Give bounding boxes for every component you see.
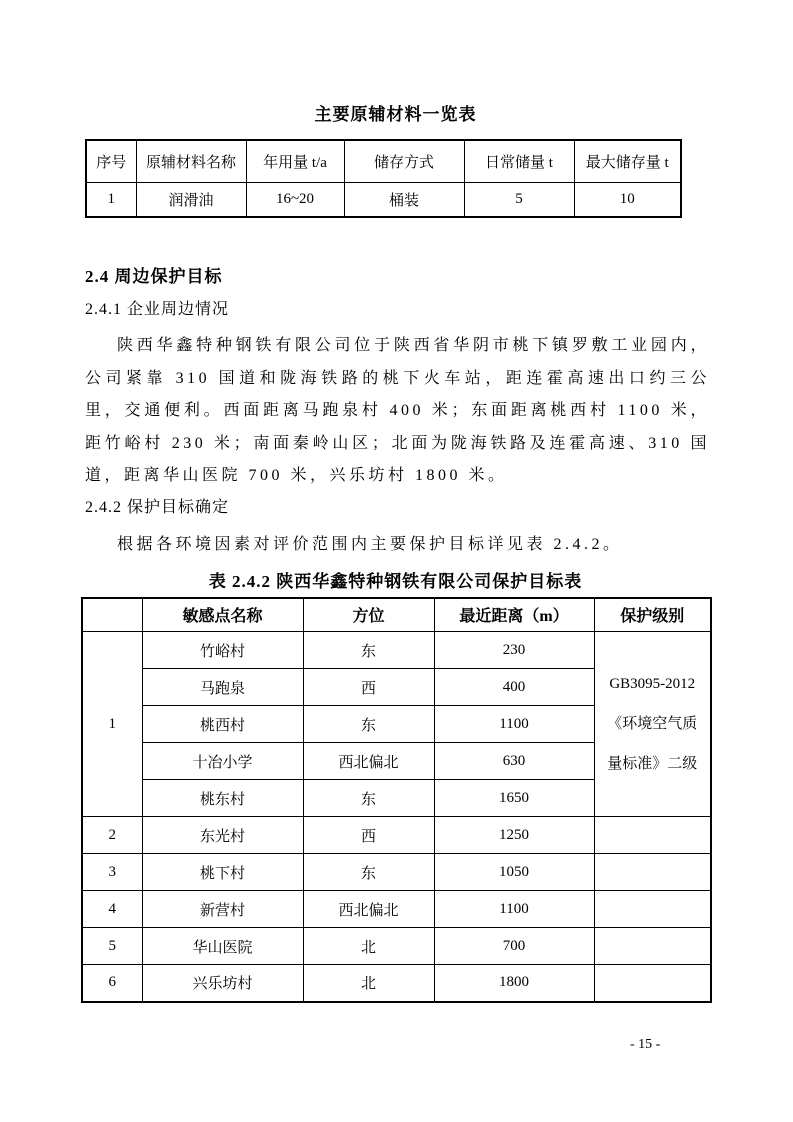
protection-cell-level (594, 965, 711, 1002)
materials-header-annual-usage: 年用量 t/a (246, 140, 344, 182)
materials-cell-name: 润滑油 (136, 182, 246, 217)
protection-header-distance: 最近距离（m） (434, 598, 594, 632)
protection-cell-distance: 1050 (434, 854, 594, 891)
protection-cell-name: 桃东村 (142, 780, 303, 817)
protection-cell-distance: 630 (434, 743, 594, 780)
protection-cell-name: 马跑泉 (142, 669, 303, 706)
document-content: 主要原辅材料一览表 序号 原辅材料名称 年用量 t/a 储存方式 日常储量 t … (81, 0, 710, 1003)
materials-table: 序号 原辅材料名称 年用量 t/a 储存方式 日常储量 t 最大储存量 t 1 … (85, 139, 682, 218)
protection-header-direction: 方位 (303, 598, 434, 632)
page-number: - 15 - (630, 1036, 660, 1054)
protection-cell-index: 6 (82, 965, 142, 1002)
protection-table-row: 6 兴乐坊村 北 1800 (82, 965, 711, 1002)
protection-cell-distance: 1650 (434, 780, 594, 817)
protection-cell-level (594, 817, 711, 854)
protection-cell-distance: 1800 (434, 965, 594, 1002)
protection-table-row: 4 新营村 西北偏北 1100 (82, 891, 711, 928)
protection-cell-direction: 西 (303, 817, 434, 854)
protection-cell-index: 3 (82, 854, 142, 891)
materials-header-daily-storage: 日常储量 t (464, 140, 574, 182)
document-page: 主要原辅材料一览表 序号 原辅材料名称 年用量 t/a 储存方式 日常储量 t … (0, 0, 793, 1122)
protection-table-header-row: 敏感点名称 方位 最近距离（m） 保护级别 (82, 598, 711, 632)
protection-cell-name: 桃西村 (142, 706, 303, 743)
protection-cell-distance: 1100 (434, 706, 594, 743)
protection-cell-direction: 西北偏北 (303, 743, 434, 780)
section-2-4-heading: 2.4 周边保护目标 (85, 266, 710, 288)
protection-cell-name: 华山医院 (142, 928, 303, 965)
materials-cell-annual-usage: 16~20 (246, 182, 344, 217)
protection-table-row: 2 东光村 西 1250 (82, 817, 711, 854)
protection-cell-distance: 230 (434, 632, 594, 669)
protection-cell-direction: 北 (303, 928, 434, 965)
protection-cell-index: 2 (82, 817, 142, 854)
materials-table-header-row: 序号 原辅材料名称 年用量 t/a 储存方式 日常储量 t 最大储存量 t (86, 140, 681, 182)
protection-cell-name: 东光村 (142, 817, 303, 854)
protection-cell-distance: 400 (434, 669, 594, 706)
protection-table-row: 5 华山医院 北 700 (82, 928, 711, 965)
protection-table: 敏感点名称 方位 最近距离（m） 保护级别 1 竹峪村 东 230 GB3095… (81, 597, 712, 1003)
protection-header-level: 保护级别 (594, 598, 711, 632)
protection-cell-distance: 1250 (434, 817, 594, 854)
materials-table-row: 1 润滑油 16~20 桶装 5 10 (86, 182, 681, 217)
materials-cell-storage-method: 桶装 (344, 182, 464, 217)
protection-cell-name: 十冶小学 (142, 743, 303, 780)
protection-cell-level (594, 891, 711, 928)
materials-header-storage-method: 储存方式 (344, 140, 464, 182)
protection-cell-direction: 西北偏北 (303, 891, 434, 928)
protection-cell-direction: 东 (303, 632, 434, 669)
protection-cell-distance: 1100 (434, 891, 594, 928)
materials-header-index: 序号 (86, 140, 136, 182)
protection-cell-name: 桃下村 (142, 854, 303, 891)
protection-header-sensitive-point: 敏感点名称 (142, 598, 303, 632)
protection-cell-level (594, 928, 711, 965)
protection-cell-group-index: 1 (82, 632, 142, 817)
section-2-4-1-heading: 2.4.1 企业周边情况 (85, 299, 710, 321)
materials-table-title: 主要原辅材料一览表 (81, 104, 710, 126)
materials-cell-index: 1 (86, 182, 136, 217)
protection-cell-level (594, 854, 711, 891)
protection-cell-index: 4 (82, 891, 142, 928)
protection-cell-index: 5 (82, 928, 142, 965)
materials-cell-daily-storage: 5 (464, 182, 574, 217)
protection-cell-direction: 西 (303, 669, 434, 706)
protection-table-row: 3 桃下村 东 1050 (82, 854, 711, 891)
protection-header-index (82, 598, 142, 632)
protection-table-row: 1 竹峪村 东 230 GB3095-2012《环境空气质量标准》二级 (82, 632, 711, 669)
materials-header-name: 原辅材料名称 (136, 140, 246, 182)
section-2-4-2-heading: 2.4.2 保护目标确定 (85, 497, 710, 519)
protection-cell-direction: 北 (303, 965, 434, 1002)
section-2-4-1-paragraph: 陕西华鑫特种钢铁有限公司位于陕西省华阴市桃下镇罗敷工业园内，公司紧靠 310 国… (85, 330, 710, 493)
protection-table-title: 表 2.4.2 陕西华鑫特种钢铁有限公司保护目标表 (81, 571, 710, 593)
protection-cell-distance: 700 (434, 928, 594, 965)
protection-cell-direction: 东 (303, 780, 434, 817)
protection-cell-direction: 东 (303, 706, 434, 743)
protection-cell-name: 竹峪村 (142, 632, 303, 669)
materials-header-max-storage: 最大储存量 t (574, 140, 681, 182)
protection-cell-level: GB3095-2012《环境空气质量标准》二级 (594, 632, 711, 817)
protection-cell-direction: 东 (303, 854, 434, 891)
protection-cell-name: 新营村 (142, 891, 303, 928)
materials-cell-max-storage: 10 (574, 182, 681, 217)
protection-cell-name: 兴乐坊村 (142, 965, 303, 1002)
section-2-4-2-paragraph: 根据各环境因素对评价范围内主要保护目标详见表 2.4.2。 (85, 529, 710, 561)
